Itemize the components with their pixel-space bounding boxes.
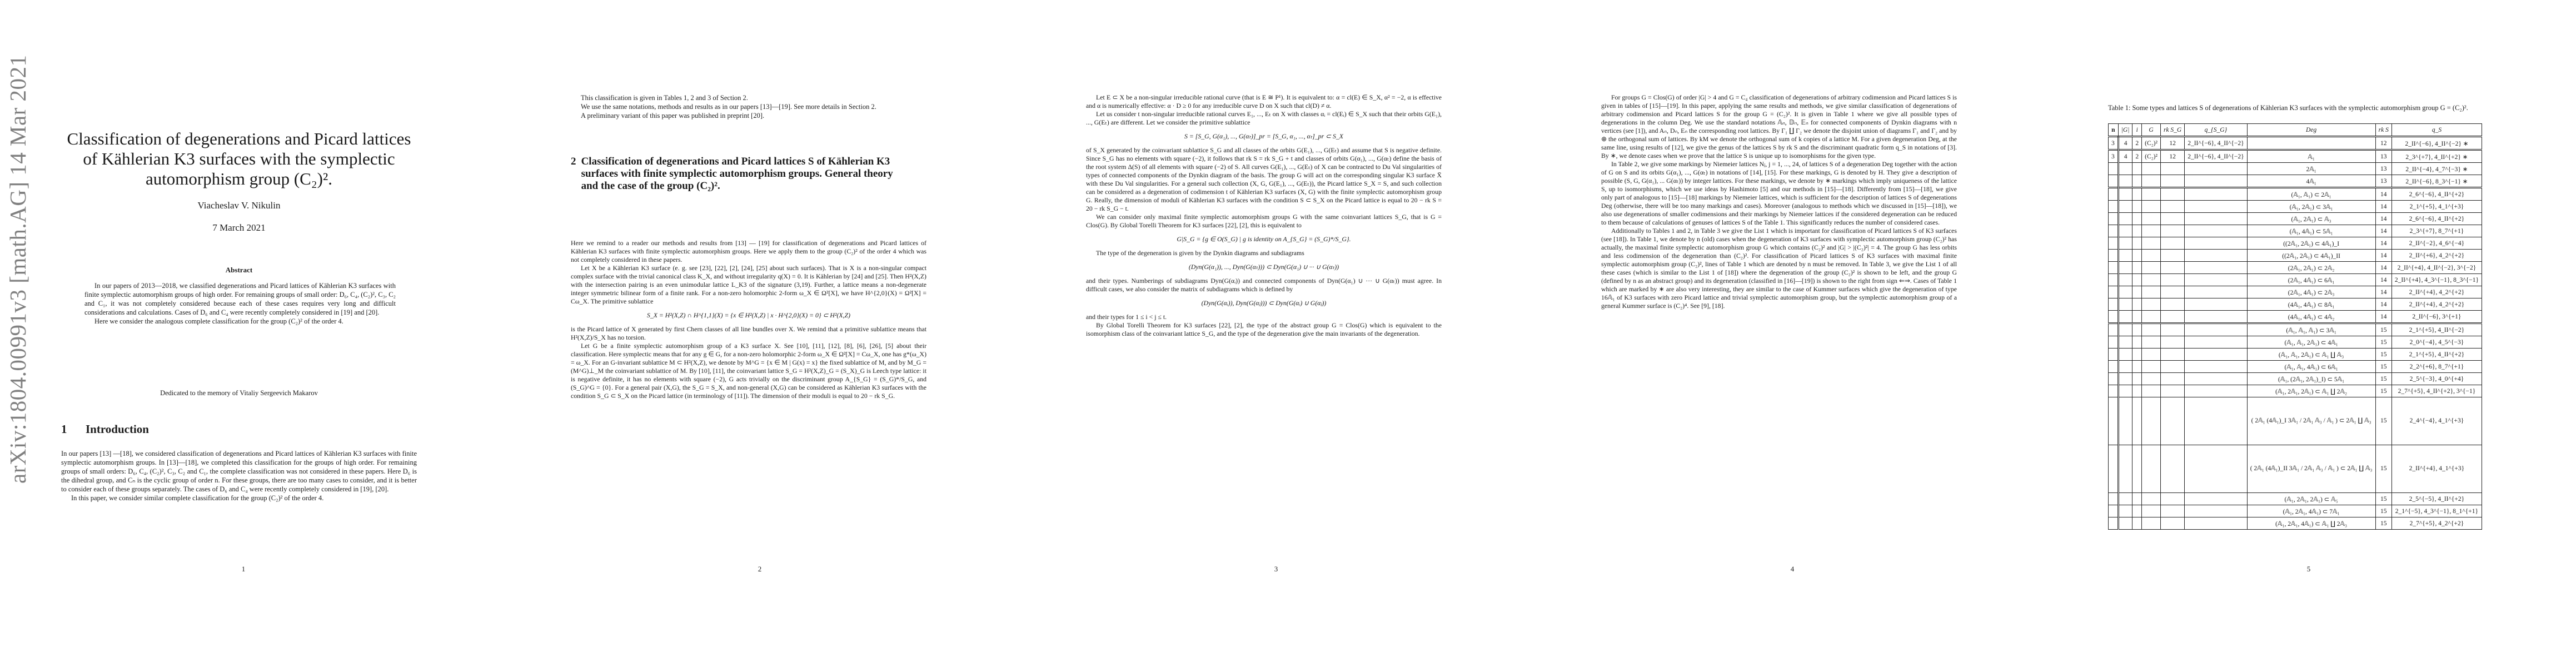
table-cell-G [2142,311,2161,323]
table-cell-order: 4 [2118,137,2132,150]
column-header: Deg [2247,124,2375,137]
table-cell-qSG [2185,213,2247,225]
table-row: (𝔸₁, 2𝔸₁) ⊂ 𝔸₃142_6^{−6}, 4_II^{+2} [2109,213,2482,225]
table-cell-rkSG [2160,336,2184,349]
table-cell-deg: (𝔸₁, 2𝔸₁, 4𝔸₁) ⊂ 𝔸₁ ∐ 2𝔸₃ [2247,517,2375,530]
table-row: (4𝔸₁, 4𝔸₁) ⊂ 8𝔸₁142_II^{+4}, 4_2^{+2} [2109,298,2482,311]
section-title: Classification of degenerations and Pica… [581,156,904,192]
table-cell-deg [2247,137,2375,150]
table-cell-n [2109,201,2119,213]
abstract-paragraph: In our papers of 2013—2018, we classifie… [84,281,396,317]
table-cell-order [2118,286,2132,298]
table-cell-i [2132,336,2142,349]
table-cell-qSG [2185,336,2247,349]
table-cell-order [2118,225,2132,237]
table-row: (𝔸₁, 𝔸₁) ⊂ 2𝔸₁142_6^{−6}, 4_II^{+2} [2109,188,2482,201]
table-cell-i [2132,175,2142,188]
table-row: (𝔸₁, 𝔸₁, 2𝔸₁) ⊂ 4𝔸₁152_0^{−4}, 4_5^{−3} [2109,336,2482,349]
table-cell-rkS: 15 [2375,493,2391,505]
table-cell-rkS: 14 [2375,237,2391,250]
table-cell-order [2118,213,2132,225]
paragraph: By Global Torelli Theorem for K3 surface… [1086,321,1442,338]
table-cell-qSG [2185,262,2247,274]
table-cell-G [2142,493,2161,505]
table-cell-rkS: 14 [2375,262,2391,274]
table-cell-qS: 2_II^{+4}, 4_2^{+2} [2391,286,2482,298]
table-cell-qS: 2_3^{+7}, 8_7^{+1} [2391,225,2482,237]
table-cell-rkS: 14 [2375,298,2391,311]
table-cell-order [2118,505,2132,517]
table-cell-qS: 2_0^{−4}, 4_5^{−3} [2391,336,2482,349]
table-cell-n [2109,493,2119,505]
table-cell-order [2118,274,2132,286]
paragraph: A preliminary variant of this paper was … [571,111,926,120]
table-row: 2𝔸₁132_II^{−4}, 4_7^{−3} ∗ [2109,163,2482,175]
table-cell-rkSG [2160,262,2184,274]
author: Viacheslav V. Nikulin [61,200,417,211]
table-cell-rkSG [2160,323,2184,336]
table-cell-G [2142,517,2161,530]
table-cell-qSG [2185,201,2247,213]
table-cell-G [2142,213,2161,225]
table-cell-deg: (4𝔸₁, 4𝔸₁) ⊂ 8𝔸₁ [2247,298,2375,311]
table-cell-i [2132,298,2142,311]
table-row: (2𝔸₁, 2𝔸₁) ⊂ 2𝔸₂142_II^{+4}, 4_II^{−2}, … [2109,262,2482,274]
abstract-paragraph: Here we consider the analogous complete … [84,317,396,326]
table-cell-qS: 2_II^{+4}, 4_1^{+3} [2391,445,2482,493]
table-cell-qS: 2_1^{+5}, 4_II^{+2} [2391,349,2482,361]
table-cell-qSG [2185,225,2247,237]
table-cell-qS: 2_II^{−2}, 4_6^{−4} [2391,237,2482,250]
table-row: (2𝔸₁, 4𝔸₁) ⊂ 2𝔸₃142_II^{+4}, 4_2^{+2} [2109,286,2482,298]
table-cell-rkS: 15 [2375,385,2391,397]
table-cell-deg: (𝔸₁, 2𝔸₁, 2𝔸₁) ⊂ 𝔸₅ [2247,493,2375,505]
table-cell-i [2132,349,2142,361]
table-cell-qSG [2185,445,2247,493]
table-cell-rkSG [2160,237,2184,250]
table-cell-n [2109,286,2119,298]
section-number: 2 [571,156,581,192]
table-cell-deg: (𝔸₁, 𝔸₁, 2𝔸₁) ⊂ 𝔸₁ ∐ 𝔸₃ [2247,349,2375,361]
table-cell-G [2142,274,2161,286]
table-cell-order [2118,298,2132,311]
table-cell-n [2109,517,2119,530]
table-cell-rkS: 13 [2375,150,2391,163]
table-cell-rkS: 14 [2375,250,2391,262]
table-cell-deg: ((2𝔸₁, 2𝔸₁) ⊂ 4𝔸₁)_II [2247,250,2375,262]
table-cell-qS: 2_II^{+4}, 4_3^{−1}, 8_3^{−1} [2391,274,2482,286]
table-row: (𝔸₁, 𝔸₁, 𝔸₁) ⊂ 3𝔸₁152_1^{+5}, 4_II^{−2} [2109,323,2482,336]
table-cell-i [2132,201,2142,213]
dedication: Dedicated to the memory of Vitaliy Serge… [61,389,417,397]
table-cell-n [2109,385,2119,397]
table-cell-qS: 2_II^{−6}, 4_II^{−2} ∗ [2391,137,2482,150]
table-cell-n [2109,250,2119,262]
table-cell-i [2132,311,2142,323]
table-cell-order [2118,311,2132,323]
table-cell-deg: 4𝔸₁ [2247,175,2375,188]
equation: (Dyn(G(α₁)), ..., Dyn(G(αₜ))) ⊂ Dyn(G(α₁… [1086,263,1442,271]
section-heading: 2 Classification of degenerations and Pi… [571,156,904,192]
table-cell-deg: 𝔸₁ [2247,150,2375,163]
table-cell-deg: 2𝔸₁ [2247,163,2375,175]
table-cell-i [2132,286,2142,298]
equation: S = [S_G, G(α₁), ..., G(αₜ)]_pr = [S_G, … [1086,132,1442,141]
table-cell-deg: (2𝔸₁, 4𝔸₁) ⊂ 2𝔸₃ [2247,286,2375,298]
page-number: 1 [232,565,255,574]
table-cell-i [2132,323,2142,336]
equation: (Dyn(G(αᵢ)), Dyn(G(αⱼ))) ⊂ Dyn(G(αᵢ) ∪ G… [1086,299,1442,307]
table-cell-deg: (𝔸₁, (2𝔸₁, 2𝔸₁)_I) ⊂ 5𝔸₁ [2247,373,2375,385]
intro-continued: This classification is given in Tables 1… [571,93,926,120]
table-cell-order [2118,349,2132,361]
table-cell-qS: 2_4^{−4}, 4_1^{+3} [2391,397,2482,445]
table-cell-rkSG [2160,517,2184,530]
table-cell-qSG [2185,163,2247,175]
table-cell-qSG [2185,349,2247,361]
table-cell-n: 3 [2109,137,2119,150]
table-cell-qSG [2185,373,2247,385]
column-header: G [2142,124,2161,137]
table-row: (𝔸₁, 𝔸₁, 2𝔸₁) ⊂ 𝔸₁ ∐ 𝔸₃152_1^{+5}, 4_II^… [2109,349,2482,361]
paragraph: is the Picard lattice of X generated by … [571,325,926,342]
table-cell-G [2142,336,2161,349]
body-text: For groups G = Clos(G) of order |G| > 4 … [1601,93,1957,310]
page-4: For groups G = Clos(G) of order |G| > 4 … [1546,0,2061,667]
table-row: (2𝔸₁, 4𝔸₁) ⊂ 6𝔸₁142_II^{+4}, 4_3^{−1}, 8… [2109,274,2482,286]
table-cell-qS: 2_7^{+5}, 4_2^{+2} [2391,517,2482,530]
table-cell-deg: (4𝔸₁, 4𝔸₁) ⊂ 4𝔸₂ [2247,311,2375,323]
table-cell-n [2109,323,2119,336]
table-cell-G [2142,505,2161,517]
section-heading: 1Introduction [61,422,149,436]
table-cell-rkS: 13 [2375,163,2391,175]
table-cell-i [2132,445,2142,493]
page-number: 3 [1265,565,1287,574]
table-cell-rkSG [2160,505,2184,517]
table-cell-qSG [2185,323,2247,336]
table-cell-order [2118,336,2132,349]
table-cell-rkS: 15 [2375,445,2391,493]
table-cell-qS: 2_6^{−6}, 4_II^{+2} [2391,213,2482,225]
arxiv-stamp: arXiv:1804.00991v3 [math.AG] 14 Mar 2021 [4,54,31,484]
table-cell-G: (C₂)² [2142,150,2161,163]
table-cell-n [2109,274,2119,286]
paragraph: This classification is given in Tables 1… [571,93,926,102]
table-cell-n [2109,373,2119,385]
paragraph: Let us consider t non-singular irreducib… [1086,110,1442,127]
table-cell-i [2132,361,2142,373]
table-cell-i [2132,397,2142,445]
table-cell-order [2118,237,2132,250]
table-cell-rkSG [2160,188,2184,201]
table-cell-order [2118,397,2132,445]
column-header: i [2132,124,2142,137]
table-cell-qS: 2_1^{+5}, 4_1^{+3} [2391,201,2482,213]
table-cell-i [2132,517,2142,530]
paragraph: In Table 2, we give some markings by Nie… [1601,160,1957,227]
table-cell-rkSG: 12 [2160,150,2184,163]
table-row: 342(C₂)²122_II^{−6}, 4_II^{−2}122_II^{−6… [2109,137,2482,150]
page-number: 4 [1781,565,1803,574]
paragraph: In our papers [13] —[18], we considered … [61,449,417,494]
table-cell-order [2118,361,2132,373]
paragraph: Let X be a Kählerian K3 surface (e. g. s… [571,264,926,306]
page-5: Table 1: Some types and lattices S of de… [2061,0,2576,667]
page-2: This classification is given in Tables 1… [515,0,1030,667]
paragraph: Let G be a finite symplectic automorphis… [571,342,926,400]
table-cell-rkSG: 12 [2160,137,2184,150]
column-header: n [2109,124,2119,137]
table-cell-qSG [2185,286,2247,298]
table-cell-order [2118,250,2132,262]
table-cell-qSG [2185,250,2247,262]
table-cell-n [2109,311,2119,323]
table-cell-order [2118,262,2132,274]
table-cell-rkSG [2160,175,2184,188]
table-cell-order: 4 [2118,150,2132,163]
table-cell-order [2118,385,2132,397]
body-text: Here we remind to a reader our methods a… [571,239,926,400]
table-cell-G [2142,361,2161,373]
table-cell-rkSG [2160,274,2184,286]
table-cell-rkS: 14 [2375,201,2391,213]
table-cell-deg: (𝔸₁, 𝔸₁, 4𝔸₁) ⊂ 6𝔸₁ [2247,361,2375,373]
table-cell-G [2142,163,2161,175]
paper-title: Classification of degenerations and Pica… [61,129,417,189]
table-cell-qSG [2185,385,2247,397]
table-cell-qS: 2_6^{−6}, 4_II^{+2} [2391,188,2482,201]
table-cell-rkS: 12 [2375,137,2391,150]
equation: G|S_G = {g ∈ O(S_G) | g is identity on A… [1086,235,1442,243]
column-header: q_{S_G} [2185,124,2247,137]
table-cell-qS: 2_5^{−5}, 4_II^{+2} [2391,493,2482,505]
table-cell-qS: 2_II^{+4}, 4_2^{+2} [2391,298,2482,311]
table-row: ( 2𝔸₁ (4𝔸₁)_I 3𝔸₁ / 2𝔸₁ 𝔸₃ / 𝔸₁ ) ⊂ 2𝔸₁ … [2109,397,2482,445]
table-cell-G [2142,323,2161,336]
table-cell-i: 2 [2132,137,2142,150]
table-row: (𝔸₁, 𝔸₁, 4𝔸₁) ⊂ 6𝔸₁152_2^{+6}, 8_7^{+1} [2109,361,2482,373]
table-cell-qS: 2_II^{−6}, 8_3^{−1} ∗ [2391,175,2482,188]
table-cell-i [2132,250,2142,262]
table-cell-qS: 2_5^{−3}, 4_0^{+4} [2391,373,2482,385]
paragraph: of S_X generated by the coinvariant subl… [1086,146,1442,213]
table-cell-n [2109,225,2119,237]
table-row: (𝔸₁, 2𝔸₁, 2𝔸₁) ⊂ 𝔸₁ ∐ 2𝔸₂152_7^{+5}, 4_I… [2109,385,2482,397]
table-cell-rkS: 14 [2375,213,2391,225]
table-row: (𝔸₁, 2𝔸₁) ⊂ 3𝔸₁142_1^{+5}, 4_1^{+3} [2109,201,2482,213]
table-cell-order [2118,163,2132,175]
table-row: (𝔸₁, 2𝔸₁, 4𝔸₁) ⊂ 𝔸₁ ∐ 2𝔸₃152_7^{+5}, 4_2… [2109,517,2482,530]
table-cell-G [2142,188,2161,201]
table-cell-order [2118,323,2132,336]
table-row: (4𝔸₁, 4𝔸₁) ⊂ 4𝔸₂142_II^{−6}, 3^{+1} [2109,311,2482,323]
table-cell-rkSG [2160,349,2184,361]
table-cell-qS: 2_1^{−5}, 4_3^{−1}, 8_1^{+1} [2391,505,2482,517]
table-cell-qS: 2_2^{+6}, 8_7^{+1} [2391,361,2482,373]
table-cell-rkS: 15 [2375,397,2391,445]
page-number: 2 [749,565,771,574]
table-cell-order [2118,201,2132,213]
table-cell-n: 3 [2109,150,2119,163]
equation: S_X = H²(X,Z) ∩ H^{1,1}(X) = {x ∈ H²(X,Z… [571,311,926,320]
table-cell-rkSG [2160,373,2184,385]
table-cell-n [2109,336,2119,349]
table-cell-i [2132,213,2142,225]
table-cell-deg: (𝔸₁, 2𝔸₁) ⊂ 𝔸₃ [2247,213,2375,225]
table-cell-rkSG [2160,201,2184,213]
table-cell-rkSG [2160,213,2184,225]
table-cell-G: (C₂)² [2142,137,2161,150]
table-cell-qSG [2185,274,2247,286]
table-cell-rkSG [2160,385,2184,397]
table-cell-rkS: 14 [2375,311,2391,323]
paragraph: The type of the degeneration is given by… [1086,249,1442,257]
page-3: Let E ⊂ X be a non-singular irreducible … [1030,0,1546,667]
table-cell-deg: (𝔸₁, 2𝔸₁) ⊂ 3𝔸₁ [2247,201,2375,213]
table-cell-rkSG [2160,445,2184,493]
table-cell-n [2109,445,2119,493]
table-cell-G [2142,385,2161,397]
table-cell-order [2118,373,2132,385]
table-cell-qSG [2185,361,2247,373]
table-cell-rkSG [2160,225,2184,237]
table-cell-i [2132,385,2142,397]
table-cell-n [2109,505,2119,517]
column-header: q_S [2391,124,2482,137]
table-row: ((2𝔸₁, 2𝔸₁) ⊂ 4𝔸₁)_II142_II^{+6}, 4_2^{+… [2109,250,2482,262]
table-cell-i [2132,274,2142,286]
table-row: (𝔸₁, 4𝔸₁) ⊂ 5𝔸₁142_3^{+7}, 8_7^{+1} [2109,225,2482,237]
table-cell-rkSG [2160,493,2184,505]
table-cell-deg: (𝔸₁, 2𝔸₁, 4𝔸₁) ⊂ 7𝔸₁ [2247,505,2375,517]
table-cell-qSG [2185,311,2247,323]
table-cell-i [2132,493,2142,505]
table-caption: Table 1: Some types and lattices S of de… [2108,103,2569,112]
table-cell-G [2142,225,2161,237]
table-cell-qSG [2185,298,2247,311]
paragraph: and their types. Numberings of subdiagra… [1086,277,1442,293]
table-cell-rkSG [2160,163,2184,175]
table-cell-deg: (2𝔸₁, 4𝔸₁) ⊂ 6𝔸₁ [2247,274,2375,286]
table-cell-order [2118,188,2132,201]
table-cell-rkS: 14 [2375,188,2391,201]
table-cell-i [2132,225,2142,237]
table-cell-i [2132,505,2142,517]
table-cell-rkSG [2160,250,2184,262]
table-cell-rkSG [2160,286,2184,298]
table-cell-qS: 2_3^{+7}, 4_II^{+2} ∗ [2391,150,2482,163]
table-cell-rkS: 15 [2375,323,2391,336]
table-cell-qSG [2185,397,2247,445]
table-cell-rkS: 15 [2375,517,2391,530]
table-cell-n [2109,262,2119,274]
table-cell-qS: 2_II^{+4}, 4_II^{−2}, 3^{−2} [2391,262,2482,274]
table-cell-qS: 2_II^{+6}, 4_2^{+2} [2391,250,2482,262]
table-cell-qSG: 2_II^{−6}, 4_II^{−2} [2185,137,2247,150]
table-cell-deg: (2𝔸₁, 2𝔸₁) ⊂ 2𝔸₂ [2247,262,2375,274]
table-cell-rkS: 14 [2375,274,2391,286]
table-cell-order [2118,493,2132,505]
table-body: 342(C₂)²122_II^{−6}, 4_II^{−2}122_II^{−6… [2109,137,2482,530]
table-cell-n [2109,213,2119,225]
table-cell-deg: (𝔸₁, 2𝔸₁, 2𝔸₁) ⊂ 𝔸₁ ∐ 2𝔸₂ [2247,385,2375,397]
section-title: Introduction [86,422,149,436]
table-row: 4𝔸₁132_II^{−6}, 8_3^{−1} ∗ [2109,175,2482,188]
table-cell-rkS: 15 [2375,349,2391,361]
table-cell-qSG [2185,237,2247,250]
table-1: n |G| i G rk S_G q_{S_G} Deg rk S q_S 34… [2108,123,2482,530]
table-cell-G [2142,286,2161,298]
table-cell-G [2142,349,2161,361]
table-cell-G [2142,201,2161,213]
column-header: rk S [2375,124,2391,137]
paragraph: and their types for 1 ≤ i < j ≤ t. [1086,313,1442,321]
table-cell-G [2142,298,2161,311]
paragraph: Additionally to Tables 1 and 2, in Table… [1601,227,1957,310]
table-cell-qSG [2185,505,2247,517]
table-cell-i [2132,262,2142,274]
table-cell-deg: ( 2𝔸₁ (4𝔸₁)_II 3𝔸₁ / 2𝔸₁ 𝔸₃ / 𝔸₁ ) ⊂ 2𝔸₁… [2247,445,2375,493]
table-cell-n [2109,298,2119,311]
paragraph: We use the same notations, methods and r… [571,102,926,111]
table-cell-n [2109,188,2119,201]
abstract-heading: Abstract [61,266,417,275]
table-cell-rkS: 14 [2375,225,2391,237]
table-cell-order [2118,445,2132,493]
table-cell-rkS: 15 [2375,505,2391,517]
table-cell-rkS: 14 [2375,286,2391,298]
table-cell-rkSG [2160,397,2184,445]
table-row: (𝔸₁, (2𝔸₁, 2𝔸₁)_I) ⊂ 5𝔸₁152_5^{−3}, 4_0^… [2109,373,2482,385]
table-header-row: n |G| i G rk S_G q_{S_G} Deg rk S q_S [2109,124,2482,137]
table-cell-G [2142,175,2161,188]
table-cell-i: 2 [2132,150,2142,163]
table-cell-qS: 2_II^{−4}, 4_7^{−3} ∗ [2391,163,2482,175]
paragraph: Here we remind to a reader our methods a… [571,239,926,264]
abstract: In our papers of 2013—2018, we classifie… [84,281,396,326]
table-cell-n [2109,175,2119,188]
table-cell-qSG [2185,175,2247,188]
table-cell-n [2109,163,2119,175]
table-cell-n [2109,397,2119,445]
table-cell-n [2109,361,2119,373]
page-number: 5 [2298,565,2320,574]
table-cell-rkSG [2160,298,2184,311]
table-row: 342(C₂)²122_II^{−6}, 4_II^{−2}𝔸₁132_3^{+… [2109,150,2482,163]
table-cell-qS: 2_7^{+5}, 4_II^{+2}, 3^{−1} [2391,385,2482,397]
table-cell-deg: (𝔸₁, 𝔸₁, 2𝔸₁) ⊂ 4𝔸₁ [2247,336,2375,349]
table-cell-n [2109,349,2119,361]
table-cell-qSG [2185,188,2247,201]
page-1: arXiv:1804.00991v3 [math.AG] 14 Mar 2021… [0,0,515,667]
table-cell-qSG: 2_II^{−6}, 4_II^{−2} [2185,150,2247,163]
table-cell-n [2109,237,2119,250]
table-cell-i [2132,237,2142,250]
table-cell-i [2132,163,2142,175]
table-row: (𝔸₁, 2𝔸₁, 4𝔸₁) ⊂ 7𝔸₁152_1^{−5}, 4_3^{−1}… [2109,505,2482,517]
table-cell-deg: (𝔸₁, 𝔸₁, 𝔸₁) ⊂ 3𝔸₁ [2247,323,2375,336]
table-cell-G [2142,237,2161,250]
table-cell-rkS: 15 [2375,361,2391,373]
table-cell-i [2132,373,2142,385]
table-cell-deg: (𝔸₁, 4𝔸₁) ⊂ 5𝔸₁ [2247,225,2375,237]
column-header: |G| [2118,124,2132,137]
date: 7 March 2021 [61,222,417,233]
table-cell-G [2142,445,2161,493]
body-text: In our papers [13] —[18], we considered … [61,449,417,502]
table-cell-qS: 2_II^{−6}, 3^{+1} [2391,311,2482,323]
